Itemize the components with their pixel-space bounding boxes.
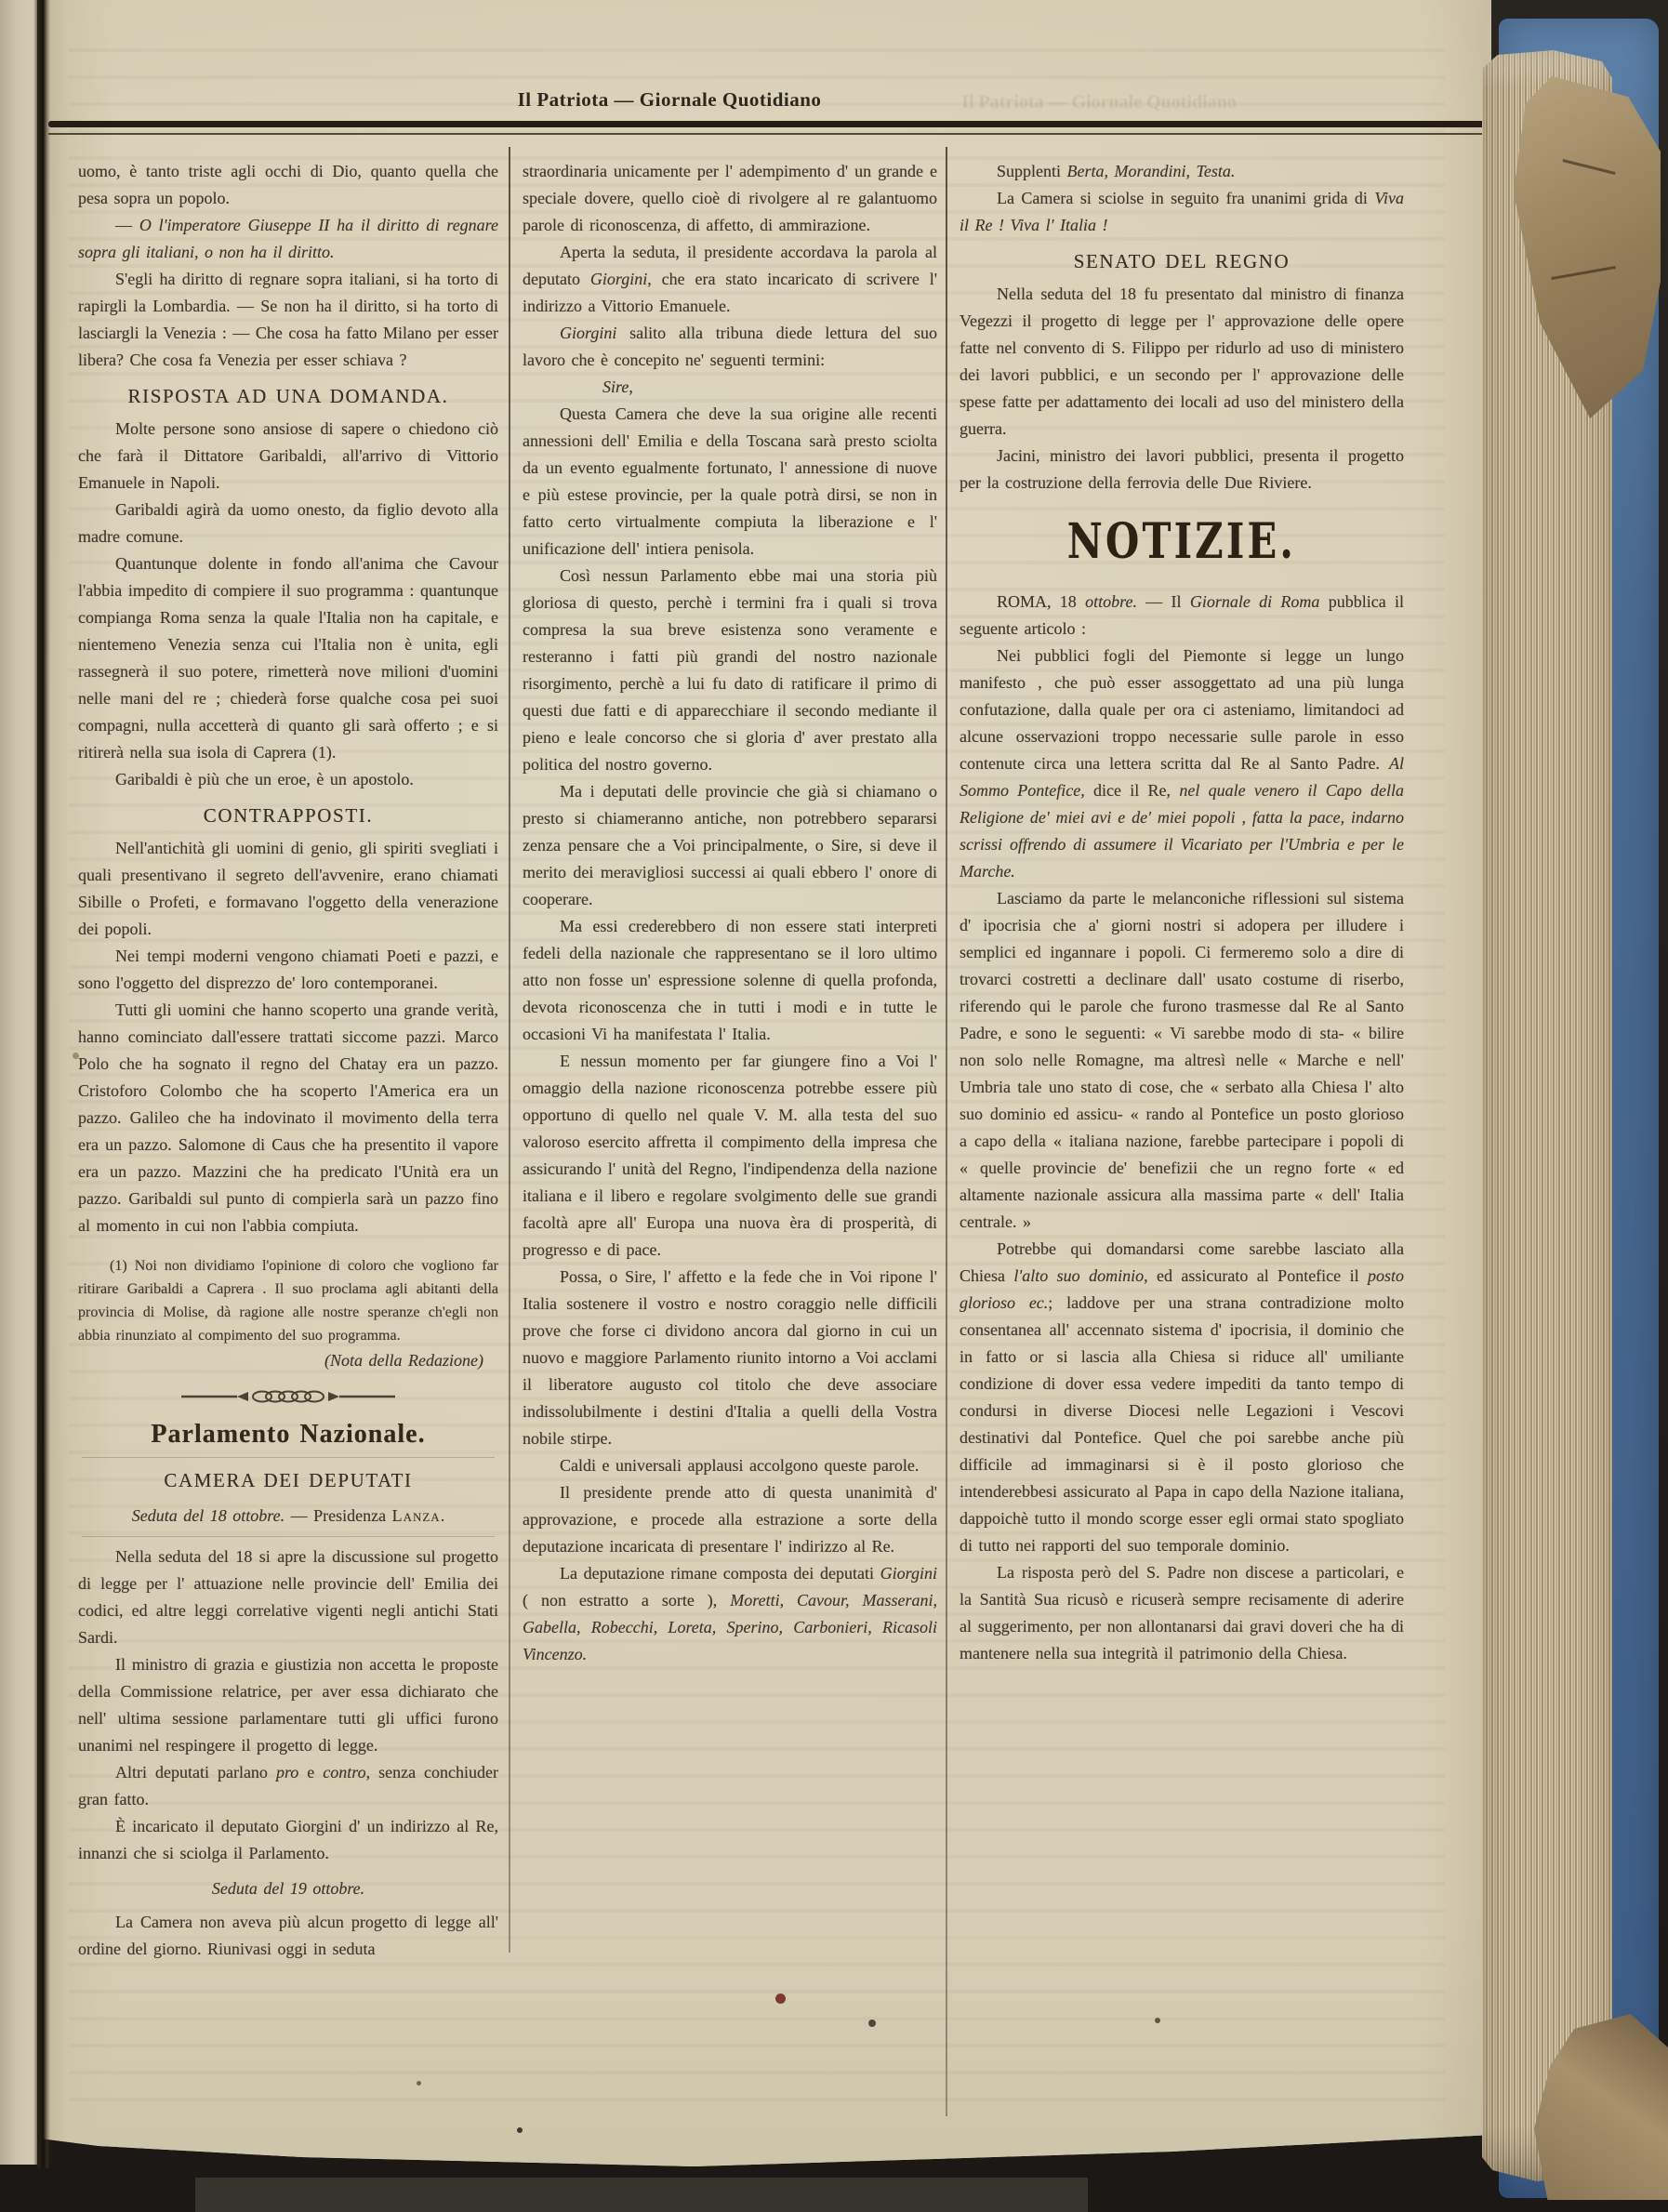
paragraph: Lasciamo da parte le melanconiche rifles… <box>960 885 1404 1236</box>
salutation: Sire, <box>523 374 937 401</box>
paragraph: Supplenti Berta, Morandini, Testa. <box>960 158 1404 185</box>
facing-page-edge <box>0 0 37 2165</box>
paragraph: Jacini, ministro dei lavori pubblici, pr… <box>960 443 1404 497</box>
paragraph: uomo, è tanto triste agli occhi di Dio, … <box>78 158 498 212</box>
paragraph: Il presidente prende atto di questa unan… <box>523 1479 937 1560</box>
paragraph: Potrebbe qui domandarsi come sarebbe las… <box>960 1236 1404 1559</box>
paragraph: E nessun momento per far giungere fino a… <box>523 1048 937 1264</box>
scanner-bed-shadow <box>195 2178 1088 2212</box>
paragraph: Quantunque dolente in fondo all'anima ch… <box>78 550 498 766</box>
paragraph: Giorgini salito alla tribuna diede lettu… <box>523 320 937 374</box>
text-column-2: straordinaria unicamente per l' adempime… <box>523 158 937 2153</box>
heading-notizie: NOTIZIE. <box>960 515 1404 579</box>
paper-stain <box>1155 2018 1160 2023</box>
session-date-line: Seduta del 19 ottobre. <box>78 1875 498 1902</box>
paper-stain <box>517 2127 523 2133</box>
heading-camera-deputati: CAMERA DEI DEPUTATI <box>78 1467 498 1494</box>
paragraph: — O l'imperatore Giuseppe II ha il dirit… <box>78 212 498 266</box>
paragraph: Garibaldi agirà da uomo onesto, da figli… <box>78 497 498 550</box>
paragraph: La deputazione rimane composta dei deput… <box>523 1560 937 1668</box>
paragraph: Nella seduta del 18 fu presentato dal mi… <box>960 281 1404 443</box>
paper-stain <box>73 1053 79 1059</box>
footnote-1: (1) Noi non dividiamo l'opinione di colo… <box>78 1254 498 1347</box>
masthead: Il Patriota — Giornale Quotidiano <box>372 88 967 112</box>
paragraph: Nei tempi moderni vengono chiamati Poeti… <box>78 943 498 997</box>
paragraph: Nei pubblici fogli del Piemonte si legge… <box>960 642 1404 885</box>
book-scan: Il Patriota — Giornale Quotidiano Il Pat… <box>0 0 1668 2212</box>
paragraph: Nell'antichità gli uomini di genio, gli … <box>78 835 498 943</box>
paragraph: La Camera non aveva più alcun progetto d… <box>78 1909 498 1963</box>
heading-risposta: RISPOSTA AD UNA DOMANDA. <box>78 383 498 410</box>
paragraph: Caldi e universali applausi accolgono qu… <box>523 1452 937 1479</box>
faint-rule <box>82 1536 495 1537</box>
paragraph: È incaricato il deputato Giorgini d' un … <box>78 1813 498 1867</box>
paragraph: Garibaldi è più che un eroe, è un aposto… <box>78 766 498 793</box>
paragraph: Molte persone sono ansiose di sapere o c… <box>78 416 498 497</box>
paragraph: Nella seduta del 18 si apre la discussio… <box>78 1543 498 1651</box>
paragraph: straordinaria unicamente per l' adempime… <box>523 158 937 239</box>
paragraph: La risposta però del S. Padre non disces… <box>960 1559 1404 1667</box>
masthead-rule-thick <box>48 121 1488 127</box>
paragraph: ROMA, 18 ottobre. — Il Giornale di Roma … <box>960 589 1404 642</box>
text-column-3: Supplenti Berta, Morandini, Testa.La Cam… <box>960 158 1404 2153</box>
session-date-line: Seduta del 18 ottobre. — Presidenza Lanz… <box>78 1503 498 1530</box>
heading-contrapposti: CONTRAPPOSTI. <box>78 802 498 829</box>
text-column-1: uomo, è tanto triste agli occhi di Dio, … <box>78 158 498 2153</box>
paragraph: Possa, o Sire, l' affetto e la fede che … <box>523 1264 937 1452</box>
section-divider-ornament <box>78 1389 498 1406</box>
faint-rule <box>82 1457 495 1458</box>
paragraph: Altri deputati parlano pro e contro, sen… <box>78 1759 498 1813</box>
column-divider-2 <box>946 147 947 2116</box>
footnote-signature: (Nota della Redazione) <box>78 1347 498 1374</box>
heading-parlamento-nazionale: Parlamento Nazionale. <box>78 1419 498 1450</box>
paragraph: Ma i deputati delle provincie che già si… <box>523 778 937 913</box>
column-divider-1 <box>509 147 510 1953</box>
gutter-crease <box>33 0 50 2168</box>
paragraph: S'egli ha diritto di regnare sopra itali… <box>78 266 498 374</box>
paragraph: Il ministro di grazia e giustizia non ac… <box>78 1651 498 1759</box>
heading-senato-del-regno: SENATO DEL REGNO <box>960 248 1404 275</box>
paragraph: Questa Camera che deve la sua origine al… <box>523 401 937 563</box>
paragraph: Ma essi crederebbero di non essere stati… <box>523 913 937 1048</box>
ornament-glyph <box>181 1389 395 1404</box>
paragraph: Aperta la seduta, il presidente accordav… <box>523 239 937 320</box>
paragraph: Così nessun Parlamento ebbe mai una stor… <box>523 563 937 778</box>
paragraph: Tutti gli uomini che hanno scoperto una … <box>78 997 498 1239</box>
paper-stain <box>868 2020 876 2027</box>
paper-stain <box>417 2081 421 2086</box>
paper-stain <box>775 1993 786 2004</box>
masthead-rule-thin <box>48 133 1488 135</box>
paragraph: La Camera si sciolse in seguito fra unan… <box>960 185 1404 239</box>
